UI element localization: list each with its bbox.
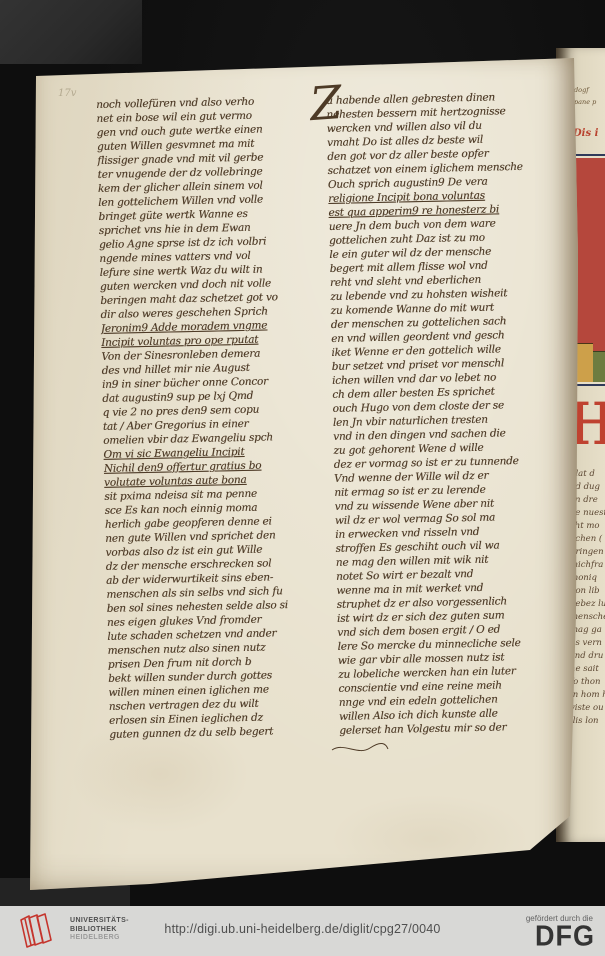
permalink-url: http://digi.ub.uni-heidelberg.de/diglit/… xyxy=(164,922,440,936)
dfg-logo: DFG xyxy=(535,921,595,950)
footer-bar: UNIVERSITÄTS- BIBLIOTHEK HEIDELBERG http… xyxy=(0,906,605,956)
library-name-line2: BIBLIOTHEK xyxy=(70,926,129,935)
manuscript-page: 17v noch vollefüren vnd also verhonet ei… xyxy=(30,54,578,898)
text-column-left: noch vollefüren vnd also verhonet ein bo… xyxy=(96,93,327,741)
next-page-fragment-line: llis lon xyxy=(570,715,605,728)
library-name-line3: HEIDELBERG xyxy=(70,934,129,943)
library-name: UNIVERSITÄTS- BIBLIOTHEK HEIDELBERG xyxy=(70,917,129,943)
next-page-fragment-line: fo thon xyxy=(570,676,605,689)
end-flourish-swash xyxy=(330,740,390,758)
next-page-marginalia: pane p xyxy=(574,98,605,106)
next-page-fragment-line: viste ou xyxy=(570,702,605,715)
miniature-red-field xyxy=(574,158,605,382)
next-page-fragment-line: in hom h xyxy=(570,689,605,702)
scanner-corner-patch xyxy=(0,0,142,64)
library-name-line1: UNIVERSITÄTS- xyxy=(70,917,129,926)
next-page-marginalia: dogf xyxy=(574,86,605,94)
text-column-right: u habende allen gebresten dinennehesten … xyxy=(326,89,571,738)
scan-viewport: dogf pane p Dis i H glat dnd dugen dreli… xyxy=(0,0,605,956)
next-page-rubric: Dis i xyxy=(573,128,598,139)
university-library-logo-icon xyxy=(14,913,64,949)
next-page-fragment-line: vnd dru xyxy=(570,650,605,663)
folio-number: 17v xyxy=(58,88,76,99)
next-page-fragment-line: he sait xyxy=(570,663,605,676)
miniature-green-shape xyxy=(592,351,605,382)
